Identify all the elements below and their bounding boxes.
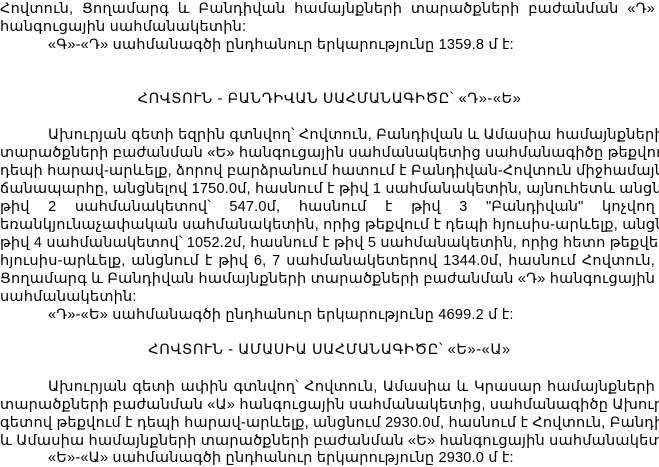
paragraph-line: Ցողամարգ և Բանդիվան համայնքների տարածքնե…: [0, 270, 655, 288]
section-heading: ՀՈՎՏՈՒՆ - ԱՄԱՍԻԱ ՍԱՀՄԱՆԱԳԻԾԸ՝ «Ե»-«Ա»: [0, 341, 659, 359]
paragraph-line: տարածքների բաժանման «Ե» հանգուցային սահմ…: [0, 144, 655, 162]
paragraph-line: սահմանակետին:: [0, 288, 655, 306]
paragraph-line: թիվ 4 սահմանակետով՝ 1052.2մ, հասնում է թ…: [0, 234, 655, 252]
paragraph-line: հյուսիս-արևելք, անցնում է թիվ 6, 7 սահմա…: [0, 252, 655, 270]
paragraph-line: տարածքների բաժանման «Ա» հանգուցային սահմ…: [0, 396, 655, 414]
document-page: Հովտուն, Ցողամարգ և Բանդիվան համայնքների…: [0, 0, 659, 467]
section-summary: «Ե»-«Ա» սահմանագծի ընդհանուր երկարությու…: [0, 449, 655, 467]
paragraph-line: և Ամասիա համայնքների տարածքների բաժանման…: [0, 432, 655, 450]
paragraph-line: Ախուրյան գետի ափին գտնվող՝ Հովտուն, Ամաս…: [0, 378, 655, 396]
paragraph-line: Ախուրյան գետի եզրին գտնվող՝ Հովտուն, Բան…: [0, 126, 655, 144]
paragraph-line: ճանապարհը, անցնելով 1750.0մ, հասնում է թ…: [0, 180, 655, 198]
paragraph-line: դեպի հարավ-արևելք, ձորով բարձրանում հատո…: [0, 162, 655, 180]
paragraph-line: թիվ 2 սահմանակետով՝ 547.0մ, հասնում է թի…: [0, 198, 655, 216]
section-heading: ՀՈՎՏՈՒՆ - ԲԱՆԴԻՎԱՆ ՍԱՀՄԱՆԱԳԻԾԸ՝ «Դ»-«Ե»: [0, 90, 659, 108]
paragraph-line: եռանկյունաչափական սահմանակետին, որից թեք…: [0, 216, 655, 234]
intro-line: հանգուցային սահմանակետին:: [0, 18, 655, 36]
intro-summary: «Գ»-«Դ» սահմանագծի ընդհանուր երկարությու…: [0, 36, 655, 54]
intro-line: Հովտուն, Ցողամարգ և Բանդիվան համայնքների…: [0, 0, 655, 18]
paragraph-line: գետով թեքվում է դեպի հարավ-արևելք, անցնո…: [0, 414, 655, 432]
section-summary: «Դ»-«Ե» սահմանագծի ընդհանուր երկարությու…: [0, 306, 655, 324]
